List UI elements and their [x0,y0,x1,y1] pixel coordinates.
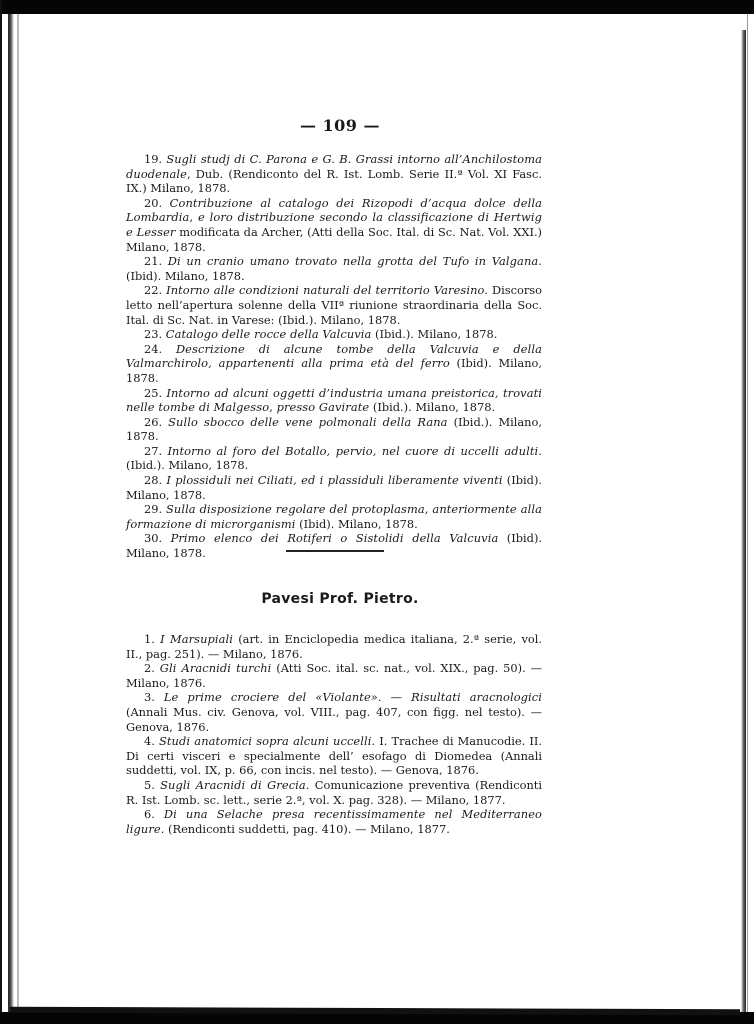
entry-citation: (Rendiconti suddetti, pag. 410). — Milan… [164,822,449,836]
bibliography-entry: 29. Sulla disposizione regolare del prot… [126,502,542,531]
entry-citation: (Ibid). Milano, 1878. [126,269,245,283]
entry-title: Sullo sbocco delle vene polmonali della … [168,415,447,429]
page-number: — 109 — [0,116,680,135]
bibliography-entry: 23. Catalogo delle rocce della Valcuvia … [126,327,542,342]
bibliography-entry: 5. Sugli Aracnidi di Grecia. Comunicazio… [126,778,542,807]
entry-number: 2. [144,661,155,675]
bibliography-entry: 2. Gli Aracnidi turchi (Atti Soc. ital. … [126,661,542,690]
author-heading: Pavesi Prof. Pietro. [0,591,680,607]
book-spine-shadow [8,14,14,1014]
entry-number: 23. [144,327,162,341]
bibliography-entry: 27. Intorno al foro del Botallo, pervio,… [126,444,542,473]
entry-number: 22. [144,283,162,297]
bibliography-list-continued: 19. Sugli studj di C. Parona e G. B. Gra… [126,152,542,561]
entry-title: Sugli Aracnidi di Grecia. [160,778,309,792]
bibliography-entry: 21. Di un cranio umano trovato nella gro… [126,254,542,283]
entry-title: Primo elenco dei Rotiferi o Sistolidi de… [171,531,499,545]
book-spine-line [17,14,19,1014]
bibliography-entry: 25. Intorno ad alcuni oggetti d’industri… [126,386,542,415]
entry-number: 19. [144,152,162,166]
entry-number: 24. [144,342,162,356]
bibliography-entry: 24. Descrizione di alcune tombe della Va… [126,342,542,386]
entry-number: 4. [144,734,155,748]
entry-number: 1. [144,632,155,646]
entry-citation: , Dub. (Rendiconto del R. Ist. Lomb. Ser… [126,167,542,196]
scan-right-edge [741,30,746,1015]
entry-number: 20. [144,196,162,210]
entry-number: 5. [144,778,155,792]
bibliography-entry: 30. Primo elenco dei Rotiferi o Sistolid… [126,531,542,560]
entry-title: Gli Aracnidi turchi [160,661,272,675]
entry-citation: (Ibid.). Milano, 1878. [369,400,495,414]
entry-title: Intorno al foro del Botallo, pervio, nel… [167,444,542,458]
entry-number: 27. [144,444,162,458]
bibliography-entry: 3. Le prime crociere del «Violante». — R… [126,690,542,734]
entry-title: Di un cranio umano trovato nella grotta … [168,254,542,268]
entry-title: Le prime crociere del «Violante». — Risu… [164,690,542,704]
bibliography-entry: 6. Di una Selache presa recentissimament… [126,807,542,836]
bibliography-entry: 4. Studi anatomici sopra alcuni uccelli.… [126,734,542,778]
entry-citation: (Ibid). Milano, 1878. [296,517,418,531]
entry-number: 29. [144,502,162,516]
entry-number: 6. [144,807,155,821]
entry-title: Intorno alle condizioni naturali del ter… [166,283,488,297]
entry-title: I plossiduli nei Ciliati, ed i plassidul… [166,473,502,487]
bibliography-entry: 26. Sullo sbocco delle vene polmonali de… [126,415,542,444]
bibliography-entry: 20. Contribuzione al catalogo dei Rizopo… [126,196,542,254]
entry-citation: modificata da Archer, (Atti della Soc. I… [126,225,542,254]
section-divider [286,550,384,552]
entry-number: 21. [144,254,162,268]
entry-title: Catalogo delle rocce della Valcuvia [166,327,372,341]
scan-left-edge [0,0,2,1024]
bibliography-entry: 22. Intorno alle condizioni naturali del… [126,283,542,327]
entry-title: I Marsupiali [160,632,233,646]
scan-top-border [0,0,754,14]
scan-right-margin [747,14,754,1014]
entry-number: 3. [144,690,155,704]
entry-citation: (Annali Mus. civ. Genova, vol. VIII., pa… [126,705,542,734]
entry-title: Studi anatomici sopra alcuni uccelli. [159,734,375,748]
entry-number: 28. [144,473,162,487]
bibliography-list-pavesi: 1. I Marsupiali (art. in Enciclopedia me… [126,632,542,836]
bibliography-entry: 1. I Marsupiali (art. in Enciclopedia me… [126,632,542,661]
entry-number: 26. [144,415,162,429]
entry-number: 25. [144,386,162,400]
scan-bottom-border [0,1012,754,1024]
entry-number: 30. [144,531,162,545]
entry-citation: (Ibid.). Milano, 1878. [371,327,497,341]
bibliography-entry: 28. I plossiduli nei Ciliati, ed i plass… [126,473,542,502]
bibliography-entry: 19. Sugli studj di C. Parona e G. B. Gra… [126,152,542,196]
entry-citation: (Ibid.). Milano, 1878. [126,458,248,472]
